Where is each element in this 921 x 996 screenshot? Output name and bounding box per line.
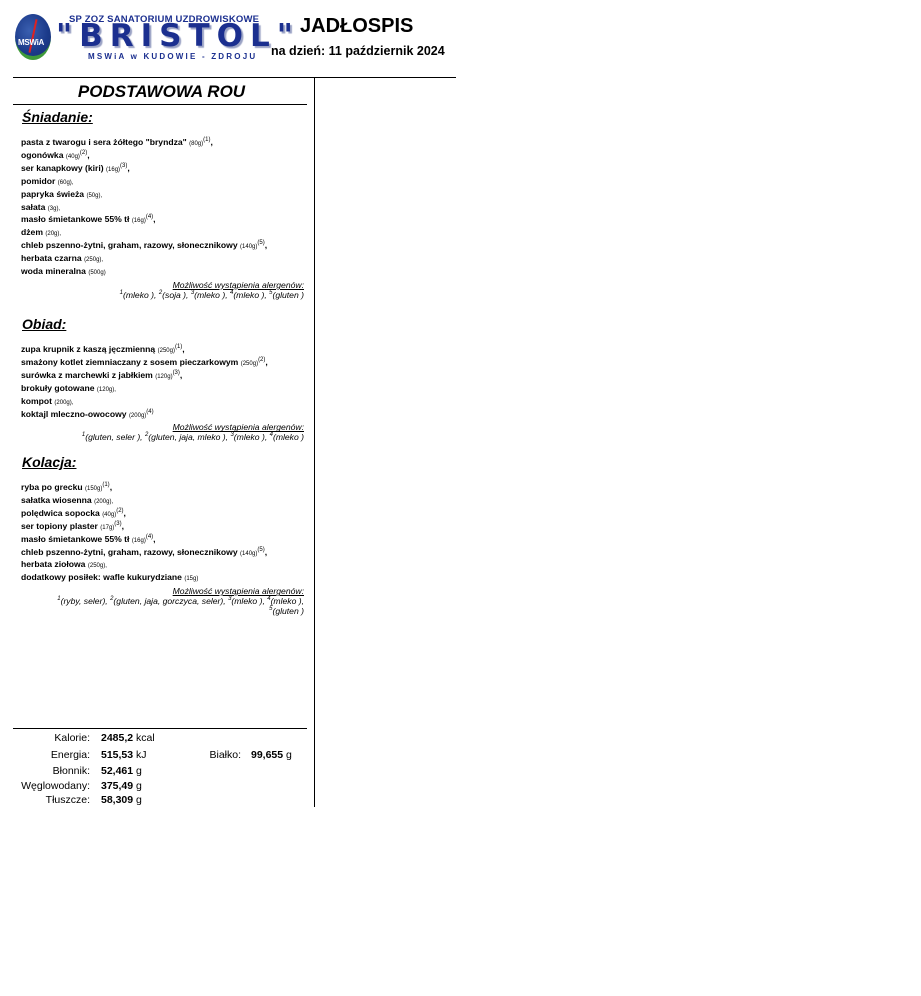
meal-section-dinner: Kolacja:ryba po grecku (150g)(1),sałatka… bbox=[21, 454, 304, 616]
allergen-text: (mleko ), bbox=[233, 290, 269, 300]
menu-date: na dzień: 11 październik 2024 bbox=[271, 44, 445, 58]
menu-item-quantity: (50g), bbox=[86, 193, 102, 199]
menu-item: sałatka wiosenna (200g), bbox=[21, 495, 304, 508]
meal-section-breakfast: Śniadanie:pasta z twarogu i sera żółtego… bbox=[21, 109, 304, 300]
menu-item: smażony kotlet ziemniaczany z sosem piec… bbox=[21, 357, 304, 370]
menu-item-quantity: (150g) bbox=[85, 486, 102, 492]
logo-bottom-line: MSWiA w KUDOWIE - ZDROJU bbox=[88, 52, 257, 61]
menu-item-quantity: (500g) bbox=[88, 270, 105, 276]
menu-item-quantity: (250g), bbox=[88, 563, 107, 569]
allergen-heading: Możliwość wystąpienia alergenów: bbox=[21, 422, 304, 432]
menu-item-quantity: (3g), bbox=[48, 206, 60, 212]
separator: , bbox=[153, 534, 155, 544]
allergen-text: (mleko ), bbox=[231, 596, 267, 606]
protein-value: 99,655 g bbox=[251, 748, 292, 762]
menu-item: chleb pszenno-żytni, graham, razowy, sło… bbox=[21, 547, 304, 560]
menu-item-name: pomidor bbox=[21, 176, 55, 186]
menu-item: masło śmietankowe 55% tł (16g)(4), bbox=[21, 214, 304, 227]
menu-item-name: woda mineralna bbox=[21, 266, 86, 276]
separator: , bbox=[110, 482, 112, 492]
document-title: JADŁOSPIS bbox=[300, 15, 413, 38]
menu-item: woda mineralna (500g) bbox=[21, 266, 304, 279]
meal-items: pasta z twarogu i sera żółtego "bryndza"… bbox=[21, 137, 304, 279]
allergen-text: (gluten ) bbox=[272, 606, 304, 616]
allergen-marker: (4) bbox=[146, 409, 153, 415]
separator: , bbox=[180, 370, 182, 380]
menu-item: surówka z marchewki z jabłkiem (120g)(3)… bbox=[21, 370, 304, 383]
menu-item-quantity: (200g), bbox=[94, 499, 113, 505]
menu-item: polędwica sopocka (40g)(2), bbox=[21, 508, 304, 521]
menu-item-name: dodatkowy posiłek: wafle kukurydziane bbox=[21, 572, 182, 582]
allergen-list: 1(mleko ), 2(soja ), 3(mleko ), 4(mleko … bbox=[21, 290, 304, 300]
allergen-marker: (5) bbox=[257, 547, 264, 553]
meal-items: ryba po grecku (150g)(1),sałatka wiosenn… bbox=[21, 482, 304, 585]
menu-item: brokuły gotowane (120g), bbox=[21, 383, 304, 396]
column-divider bbox=[314, 78, 315, 807]
allergen-text: (gluten, jaja, mleko ), bbox=[148, 432, 230, 442]
menu-item: dodatkowy posiłek: wafle kukurydziane (1… bbox=[21, 572, 304, 585]
menu-item-quantity: (120g) bbox=[155, 374, 172, 380]
menu-item-name: koktajl mleczno-owocowy bbox=[21, 409, 127, 419]
allergen-text: (gluten, jaja, gorczyca, seler), bbox=[113, 596, 228, 606]
separator: , bbox=[210, 137, 212, 147]
menu-item-name: ryba po grecku bbox=[21, 482, 83, 492]
menu-item-name: kompot bbox=[21, 396, 52, 406]
separator: , bbox=[153, 214, 155, 224]
menu-item-name: chleb pszenno-żytni, graham, razowy, sło… bbox=[21, 547, 238, 557]
menu-item: masło śmietankowe 55% tł (16g)(4), bbox=[21, 534, 304, 547]
meal-items: zupa krupnik z kaszą jęczmienną (250g)(1… bbox=[21, 344, 304, 421]
diet-name-divider bbox=[13, 104, 307, 105]
nutrition-value: 2485,2 kcal bbox=[101, 731, 155, 745]
menu-item-quantity: (20g), bbox=[45, 231, 61, 237]
allergen-marker: (2) bbox=[116, 508, 123, 514]
allergen-heading: Możliwość wystąpienia alergenów: bbox=[21, 280, 304, 290]
menu-item-name: sałata bbox=[21, 202, 45, 212]
menu-item-quantity: (60g), bbox=[58, 180, 74, 186]
menu-item: kompot (200g), bbox=[21, 396, 304, 409]
allergen-heading: Możliwość wystąpienia alergenów: bbox=[21, 586, 304, 596]
menu-item-quantity: (200g), bbox=[54, 400, 73, 406]
header-divider bbox=[13, 77, 456, 78]
menu-item-name: masło śmietankowe 55% tł bbox=[21, 214, 129, 224]
menu-item: zupa krupnik z kaszą jęczmienną (250g)(1… bbox=[21, 344, 304, 357]
menu-item-quantity: (200g) bbox=[129, 413, 146, 419]
separator: , bbox=[127, 163, 129, 173]
menu-item-name: ogonówka bbox=[21, 150, 64, 160]
menu-item-quantity: (40g) bbox=[102, 512, 116, 518]
separator: , bbox=[122, 521, 124, 531]
allergen-text: (mleko ), bbox=[194, 290, 230, 300]
allergen-list: 1(ryby, seler), 2(gluten, jaja, gorczyca… bbox=[21, 596, 304, 616]
menu-item-quantity: (17g) bbox=[100, 525, 114, 531]
nutrition-summary: Kalorie:2485,2 kcalEnergia:515,53 kJBłon… bbox=[0, 731, 320, 811]
menu-item-name: dżem bbox=[21, 227, 43, 237]
nutrition-divider bbox=[13, 728, 307, 729]
allergen-marker: (3) bbox=[173, 370, 180, 376]
menu-item-quantity: (140g) bbox=[240, 244, 257, 250]
allergen-marker: (3) bbox=[114, 521, 121, 527]
separator: , bbox=[124, 508, 126, 518]
meal-title: Kolacja: bbox=[22, 454, 304, 476]
menu-item: ser kanapkowy (kiri) (16g)(3), bbox=[21, 163, 304, 176]
allergen-text: (gluten ) bbox=[272, 290, 304, 300]
allergen-text: (mleko ), bbox=[234, 432, 270, 442]
menu-item: sałata (3g), bbox=[21, 202, 304, 215]
menu-item-quantity: (250g) bbox=[241, 361, 258, 367]
menu-item-quantity: (15g) bbox=[184, 576, 198, 582]
meal-section-lunch: Obiad:zupa krupnik z kaszą jęczmienną (2… bbox=[21, 316, 304, 442]
menu-item-name: herbata ziołowa bbox=[21, 559, 85, 569]
menu-item-quantity: (40g) bbox=[66, 154, 80, 160]
menu-item-quantity: (80g) bbox=[189, 141, 203, 147]
menu-item: chleb pszenno-żytni, graham, razowy, sło… bbox=[21, 240, 304, 253]
menu-item-name: ser topiony plaster bbox=[21, 521, 98, 531]
menu-item: ogonówka (40g)(2), bbox=[21, 150, 304, 163]
nutrition-label: Węglowodany: bbox=[21, 779, 90, 793]
separator: , bbox=[265, 357, 267, 367]
separator: , bbox=[182, 344, 184, 354]
allergen-marker: (5) bbox=[257, 240, 264, 246]
menu-item-name: surówka z marchewki z jabłkiem bbox=[21, 370, 153, 380]
menu-item-name: brokuły gotowane bbox=[21, 383, 95, 393]
menu-item-name: masło śmietankowe 55% tł bbox=[21, 534, 129, 544]
menu-item: ser topiony plaster (17g)(3), bbox=[21, 521, 304, 534]
separator: , bbox=[87, 150, 89, 160]
nutrition-value: 58,309 g bbox=[101, 793, 142, 807]
nutrition-value: 515,53 kJ bbox=[101, 748, 147, 762]
nutrition-label: Kalorie: bbox=[54, 731, 90, 745]
menu-item: koktajl mleczno-owocowy (200g)(4) bbox=[21, 409, 304, 422]
menu-item-quantity: (250g) bbox=[158, 348, 175, 354]
diet-name: PODSTAWOWA ROU bbox=[14, 82, 309, 102]
meal-title: Śniadanie: bbox=[22, 109, 304, 131]
menu-item-quantity: (16g) bbox=[132, 218, 146, 224]
menu-item-name: sałatka wiosenna bbox=[21, 495, 92, 505]
nutrition-label: Energia: bbox=[51, 748, 90, 762]
menu-item-name: smażony kotlet ziemniaczany z sosem piec… bbox=[21, 357, 238, 367]
menu-item-name: chleb pszenno-żytni, graham, razowy, sło… bbox=[21, 240, 238, 250]
menu-item-quantity: (16g) bbox=[106, 167, 120, 173]
menu-item-name: papryka świeża bbox=[21, 189, 84, 199]
allergen-text: (soja ), bbox=[162, 290, 191, 300]
protein-label: Białko: bbox=[209, 748, 241, 762]
mswia-emblem-icon: MSWiA bbox=[15, 14, 51, 60]
separator: , bbox=[265, 240, 267, 250]
menu-item-name: polędwica sopocka bbox=[21, 508, 102, 518]
nutrition-value: 52,461 g bbox=[101, 764, 142, 778]
menu-item: pasta z twarogu i sera żółtego "bryndza"… bbox=[21, 137, 304, 150]
logo-main-text: "BRISTOL" bbox=[56, 18, 300, 54]
allergen-text: (mleko ), bbox=[271, 596, 304, 606]
nutrition-label: Błonnik: bbox=[53, 764, 90, 778]
menu-item: papryka świeża (50g), bbox=[21, 189, 304, 202]
allergen-text: (mleko ) bbox=[273, 432, 304, 442]
menu-item: dżem (20g), bbox=[21, 227, 304, 240]
allergen-list: 1(gluten, seler ), 2(gluten, jaja, mleko… bbox=[21, 432, 304, 442]
menu-item: herbata ziołowa (250g), bbox=[21, 559, 304, 572]
sanatorium-logo: MSWiA SP ZOZ SANATORIUM UZDROWISKOWE "BR… bbox=[15, 12, 270, 62]
menu-item-quantity: (250g), bbox=[84, 257, 103, 263]
menu-item-quantity: (120g), bbox=[97, 387, 116, 393]
menu-item-name: ser kanapkowy (kiri) bbox=[21, 163, 104, 173]
allergen-text: (ryby, seler), bbox=[61, 596, 111, 606]
menu-item-name: zupa krupnik z kaszą jęczmienną bbox=[21, 344, 155, 354]
menu-item: ryba po grecku (150g)(1), bbox=[21, 482, 304, 495]
menu-item-name: herbata czarna bbox=[21, 253, 82, 263]
separator: , bbox=[265, 547, 267, 557]
menu-item: pomidor (60g), bbox=[21, 176, 304, 189]
nutrition-value: 375,49 g bbox=[101, 779, 142, 793]
allergen-text: (gluten, seler ), bbox=[85, 432, 145, 442]
menu-item-name: pasta z twarogu i sera żółtego "bryndza" bbox=[21, 137, 187, 147]
allergen-marker: (1) bbox=[102, 482, 109, 488]
allergen-text: (mleko ), bbox=[123, 290, 159, 300]
meal-title: Obiad: bbox=[22, 316, 304, 338]
menu-item: herbata czarna (250g), bbox=[21, 253, 304, 266]
menu-item-quantity: (16g) bbox=[132, 538, 146, 544]
menu-item-quantity: (140g) bbox=[240, 551, 257, 557]
nutrition-label: Tłuszcze: bbox=[46, 793, 90, 807]
